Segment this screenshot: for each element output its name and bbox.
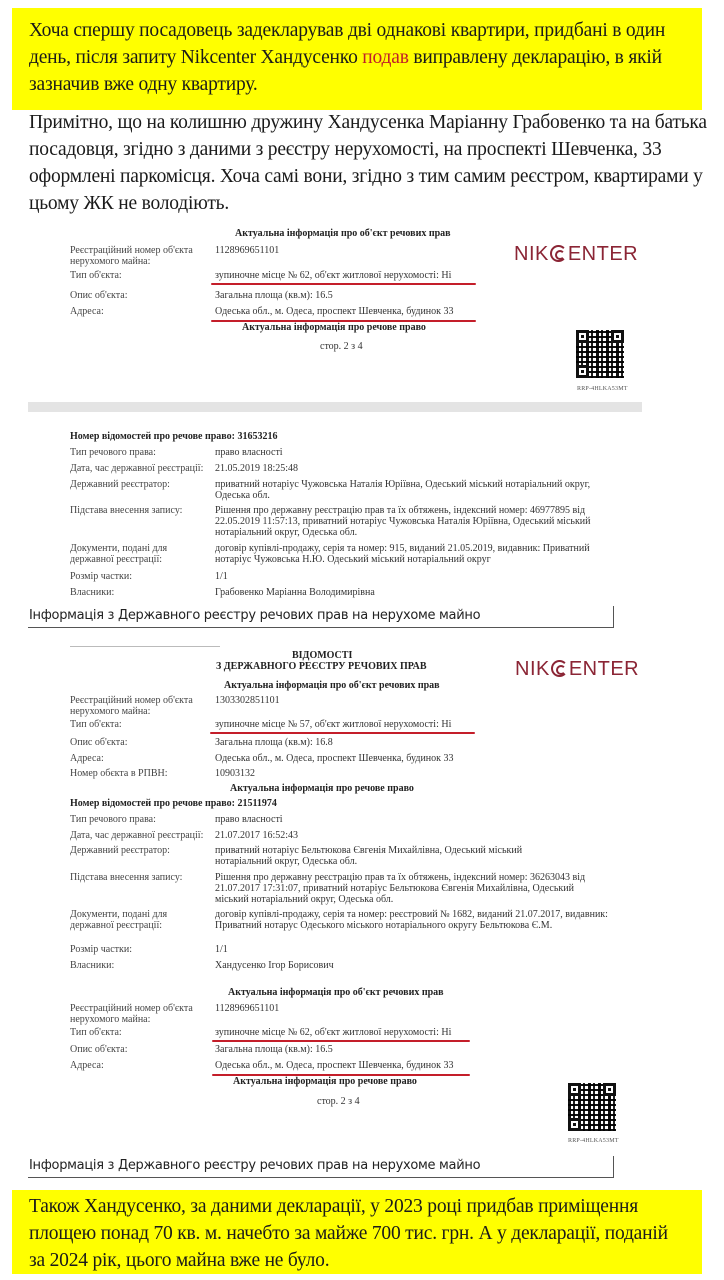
field-label: Опис об'єкта: — [70, 1044, 210, 1055]
field-label: Документи, подані для державної реєстрац… — [70, 543, 205, 565]
field-label: Тип об'єкта: — [70, 719, 210, 730]
red-underline — [210, 732, 475, 734]
field-label: Розмір частки: — [70, 571, 210, 582]
submitted-link[interactable]: подав — [362, 47, 408, 68]
field-label: Документи, подані для державної реєстрац… — [70, 909, 205, 931]
field-label: Тип об'єкта: — [70, 270, 210, 281]
logo-c-icon — [551, 660, 568, 677]
field-label: Тип речового права: — [70, 447, 210, 458]
field-value: приватний нотаріус Бельтюкова Євгенія Ми… — [215, 845, 575, 867]
outro-highlight-box: Також Хандусенко, за даними декларації, … — [12, 1190, 702, 1274]
field-value: Загальна площа (кв.м): 16.8 — [215, 737, 333, 748]
nikcenter-logo: NIKENTER — [514, 243, 638, 266]
field-label: Тип об'єкта: — [70, 1027, 210, 1038]
object-header: Актуальна інформація про об'єкт речових … — [235, 228, 451, 239]
registry-document-2: ВІДОМОСТІ З ДЕРЖАВНОГО РЕЄСТРУ РЕЧОВИХ П… — [30, 650, 650, 1110]
field-value: зупиночне місце № 57, об'єкт житлової не… — [215, 719, 451, 730]
field-label: Адреса: — [70, 1060, 210, 1071]
field-value: Одеська обл., м. Одеса, проспект Шевченк… — [215, 306, 454, 317]
qr-code-text: RRP-4HLKA53MT — [577, 386, 628, 392]
field-value: Рішення про державну реєстрацію прав та … — [215, 872, 610, 905]
field-label: Розмір частки: — [70, 944, 210, 955]
qr-code — [568, 1083, 616, 1131]
logo-c-icon — [550, 245, 567, 262]
right-header: Актуальна інформація про речове право — [242, 322, 426, 333]
field-value: Рішення про державну реєстрацію прав та … — [215, 505, 610, 538]
field-label: Дата, час державної реєстрації: — [70, 830, 210, 841]
qr-code — [576, 330, 624, 378]
field-value: договір купівлі-продажу, серія та номер:… — [215, 909, 610, 931]
doc-title-line2: З ДЕРЖАВНОГО РЕЄСТРУ РЕЧОВИХ ПРАВ — [216, 661, 427, 672]
page-separator — [28, 402, 642, 412]
field-label: Дата, час державної реєстрації: — [70, 463, 210, 474]
right-header: Актуальна інформація про речове право — [230, 783, 414, 794]
scan-artifact — [70, 646, 220, 647]
field-label: Опис об'єкта: — [70, 290, 210, 301]
field-value: Одеська обл., м. Одеса, проспект Шевченк… — [215, 1060, 454, 1071]
field-label: Номер обєкта в РПВН: — [70, 768, 210, 779]
nikcenter-logo: NIKENTER — [515, 658, 639, 681]
logo-right-text: ENTER — [569, 658, 639, 680]
field-value: Одеська обл., м. Одеса, проспект Шевченк… — [215, 753, 454, 764]
field-label: Опис об'єкта: — [70, 737, 210, 748]
field-label: Власники: — [70, 587, 210, 598]
logo-right-text: ENTER — [568, 243, 638, 265]
field-value: 1/1 — [215, 571, 228, 582]
object-header: Актуальна інформація про об'єкт речових … — [224, 680, 440, 691]
intro-highlight-box: Хоча спершу посадовець задекларував дві … — [12, 8, 702, 110]
registry-document-1: Актуальна інформація про об'єкт речових … — [30, 225, 650, 625]
field-label: Адреса: — [70, 753, 210, 764]
field-label: Підстава внесення запису: — [70, 872, 210, 883]
field-value: 1/1 — [215, 944, 228, 955]
field-label: Підстава внесення запису: — [70, 505, 210, 516]
field-value: право власності — [215, 447, 283, 458]
doc-title-line1: ВІДОМОСТІ — [292, 650, 352, 661]
field-value: Загальна площа (кв.м): 16.5 — [215, 290, 333, 301]
field-value: 10903132 — [215, 768, 255, 779]
field-label: Державний реєстратор: — [70, 845, 210, 856]
page-label: стор. 2 з 4 — [320, 341, 363, 352]
field-value: 21.07.2017 16:52:43 — [215, 830, 298, 841]
logo-left-text: NIK — [514, 243, 549, 265]
field-value: право власності — [215, 814, 283, 825]
field-value: зупиночне місце № 62, об'єкт житлової не… — [215, 270, 451, 281]
image-caption-2: Інформація з Державного реєстру речових … — [28, 1156, 614, 1178]
right-number-label: Номер відомостей про речове право: 21511… — [70, 798, 277, 809]
field-label: Власники: — [70, 960, 210, 971]
field-label: Адреса: — [70, 306, 210, 317]
qr-code-text: RRP-4HLKA53MT — [568, 1138, 619, 1144]
logo-left-text: NIK — [515, 658, 550, 680]
image-caption-1: Інформація з Державного реєстру речових … — [28, 606, 614, 628]
red-underline — [212, 1040, 470, 1042]
right2-header: Актуальна інформація про речове право — [233, 1076, 417, 1087]
field-value: договір купівлі-продажу, серія та номер:… — [215, 543, 610, 565]
red-underline — [211, 283, 476, 285]
field-label: Реєстраційний номер об'єкта нерухомого м… — [70, 1003, 210, 1025]
page-label: стор. 2 з 4 — [317, 1096, 360, 1107]
field-label: Державний реєстратор: — [70, 479, 210, 490]
field-value: 1303302851101 — [215, 695, 280, 706]
field-value: Хандусенко Ігор Борисович — [215, 960, 334, 971]
field-value: Грабовенко Маріанна Володимирівна — [215, 587, 375, 598]
field-label: Реєстраційний номер об'єкта нерухомого м… — [70, 695, 210, 717]
body-paragraph: Примітно, що на колишню дружину Хандусен… — [29, 109, 709, 217]
field-label: Тип речового права: — [70, 814, 210, 825]
field-value: 1128969651101 — [215, 245, 279, 256]
field-value: приватний нотаріус Чужовська Наталія Юрі… — [215, 479, 610, 501]
object2-header: Актуальна інформація про об'єкт речових … — [228, 987, 444, 998]
field-value: 21.05.2019 18:25:48 — [215, 463, 298, 474]
field-label: Реєстраційний номер об'єкта нерухомого м… — [70, 245, 210, 267]
field-value: зупиночне місце № 62, об'єкт житлової не… — [215, 1027, 451, 1038]
field-value: 1128969651101 — [215, 1003, 279, 1014]
field-value: Загальна площа (кв.м): 16.5 — [215, 1044, 333, 1055]
right-number-label: Номер відомостей про речове право: 31653… — [70, 431, 277, 442]
